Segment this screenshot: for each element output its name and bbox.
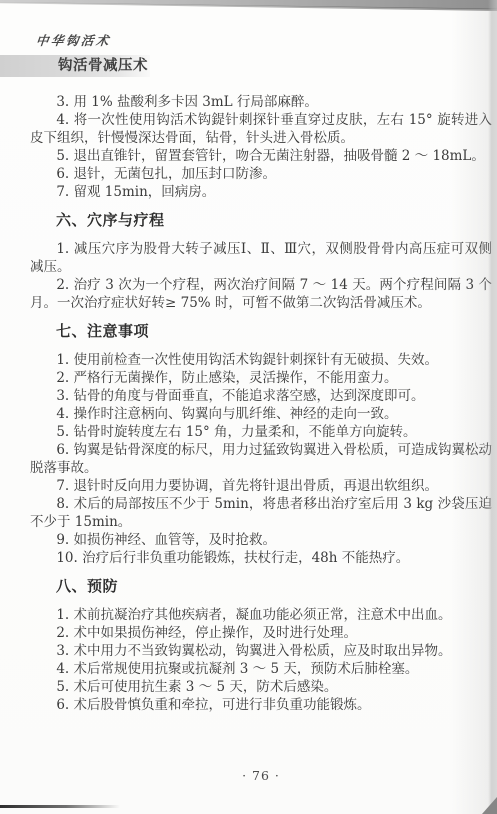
paragraph: 6. 钩翼是钻骨深度的标尺，用力过猛致钩翼进入骨松质，可造成钩翼松动脱落事故。 (30, 441, 492, 477)
paragraph: 2. 严格行无菌操作，防止感染，灵活操作，不能用蛮力。 (30, 369, 492, 387)
page-body: 3. 用 1% 盐酸利多卡因 3mL 行局部麻醉。 4. 将一次性使用钩活术钩鍉… (30, 93, 492, 714)
paragraph: 2. 术中如果损伤神经，停止操作，及时进行处理。 (30, 624, 492, 642)
section-heading-8: 八、预防 (30, 576, 492, 597)
paragraph-step-6: 6. 退针，无菌包扎，加压封口防渗。 (30, 165, 492, 183)
chapter-title: 钩活骨减压术 (0, 55, 150, 77)
paragraph: 4. 操作时注意柄向、钩翼向与肌纤维、神经的走向一致。 (30, 405, 492, 423)
paragraph: 7. 退针时反向用力要协调，首先将针退出骨质，再退出软组织。 (30, 477, 492, 495)
paragraph: 1. 使用前检查一次性使用钩活术钩鍉针刺探针有无破损、失效。 (30, 351, 492, 369)
paragraph: 3. 钻骨的角度与骨面垂直，不能追求落空感，达到深度即可。 (30, 387, 492, 405)
page-number: · 76 · (30, 768, 492, 783)
paragraph: 1. 减压穴序为股骨大转子减压Ⅰ、Ⅱ、Ⅲ穴，双侧股骨骨内高压症可双侧减压。 (30, 240, 492, 276)
section-heading-6: 六、穴序与疗程 (30, 210, 492, 231)
paragraph: 3. 术中用力不当致钩翼松动，钩翼进入骨松质，应及时取出异物。 (30, 642, 492, 660)
scan-line-bottom-left-artifact (0, 805, 120, 808)
section-heading-7: 七、注意事项 (30, 321, 492, 342)
chapter-title-bar: 钩活骨减压术 (0, 55, 150, 77)
paragraph: 4. 术后常规使用抗聚或抗凝剂 3 ～ 5 天，预防术后肺栓塞。 (30, 660, 492, 678)
paragraph: 10. 治疗后行非负重功能锻炼，扶杖行走，48h 不能热疗。 (30, 549, 492, 567)
paragraph: 9. 如损伤神经、血管等，及时抢救。 (30, 531, 492, 549)
scanned-book-page: 中华钩活术 钩活骨减压术 3. 用 1% 盐酸利多卡因 3mL 行局部麻醉。 4… (0, 0, 497, 814)
paragraph: 1. 术前抗凝治疗其他疾病者，凝血功能必须正常，注意术中出血。 (30, 606, 492, 624)
scan-edge-right-artifact (488, 0, 497, 814)
paragraph: 5. 术后可使用抗生素 3 ～ 5 天，防术后感染。 (30, 678, 492, 696)
paragraph-step-3: 3. 用 1% 盐酸利多卡因 3mL 行局部麻醉。 (30, 93, 492, 111)
paragraph-step-4: 4. 将一次性使用钩活术钩鍉针刺探针垂直穿过皮肤，左右 15° 旋转进入皮下组织… (30, 111, 492, 147)
paragraph-step-5: 5. 退出直锥针，留置套管针，吻合无菌注射器，抽吸骨髓 2 ～ 18mL。 (30, 147, 492, 165)
paragraph: 6. 术后股骨慎负重和牵拉，可进行非负重功能锻炼。 (30, 696, 492, 714)
paragraph: 5. 钻骨时旋转度左右 15° 角，力量柔和，不能单方向旋转。 (30, 423, 492, 441)
paragraph-step-7: 7. 留观 15min，回病房。 (30, 183, 492, 201)
paragraph: 2. 治疗 3 次为一个疗程，两次治疗间隔 7 ～ 14 天。两个疗程间隔 3 … (30, 276, 492, 312)
paragraph: 8. 术后的局部按压不少于 5min，将患者移出治疗室后用 3 kg 沙袋压迫不… (30, 495, 492, 531)
book-running-title: 中华钩活术 (35, 31, 112, 49)
